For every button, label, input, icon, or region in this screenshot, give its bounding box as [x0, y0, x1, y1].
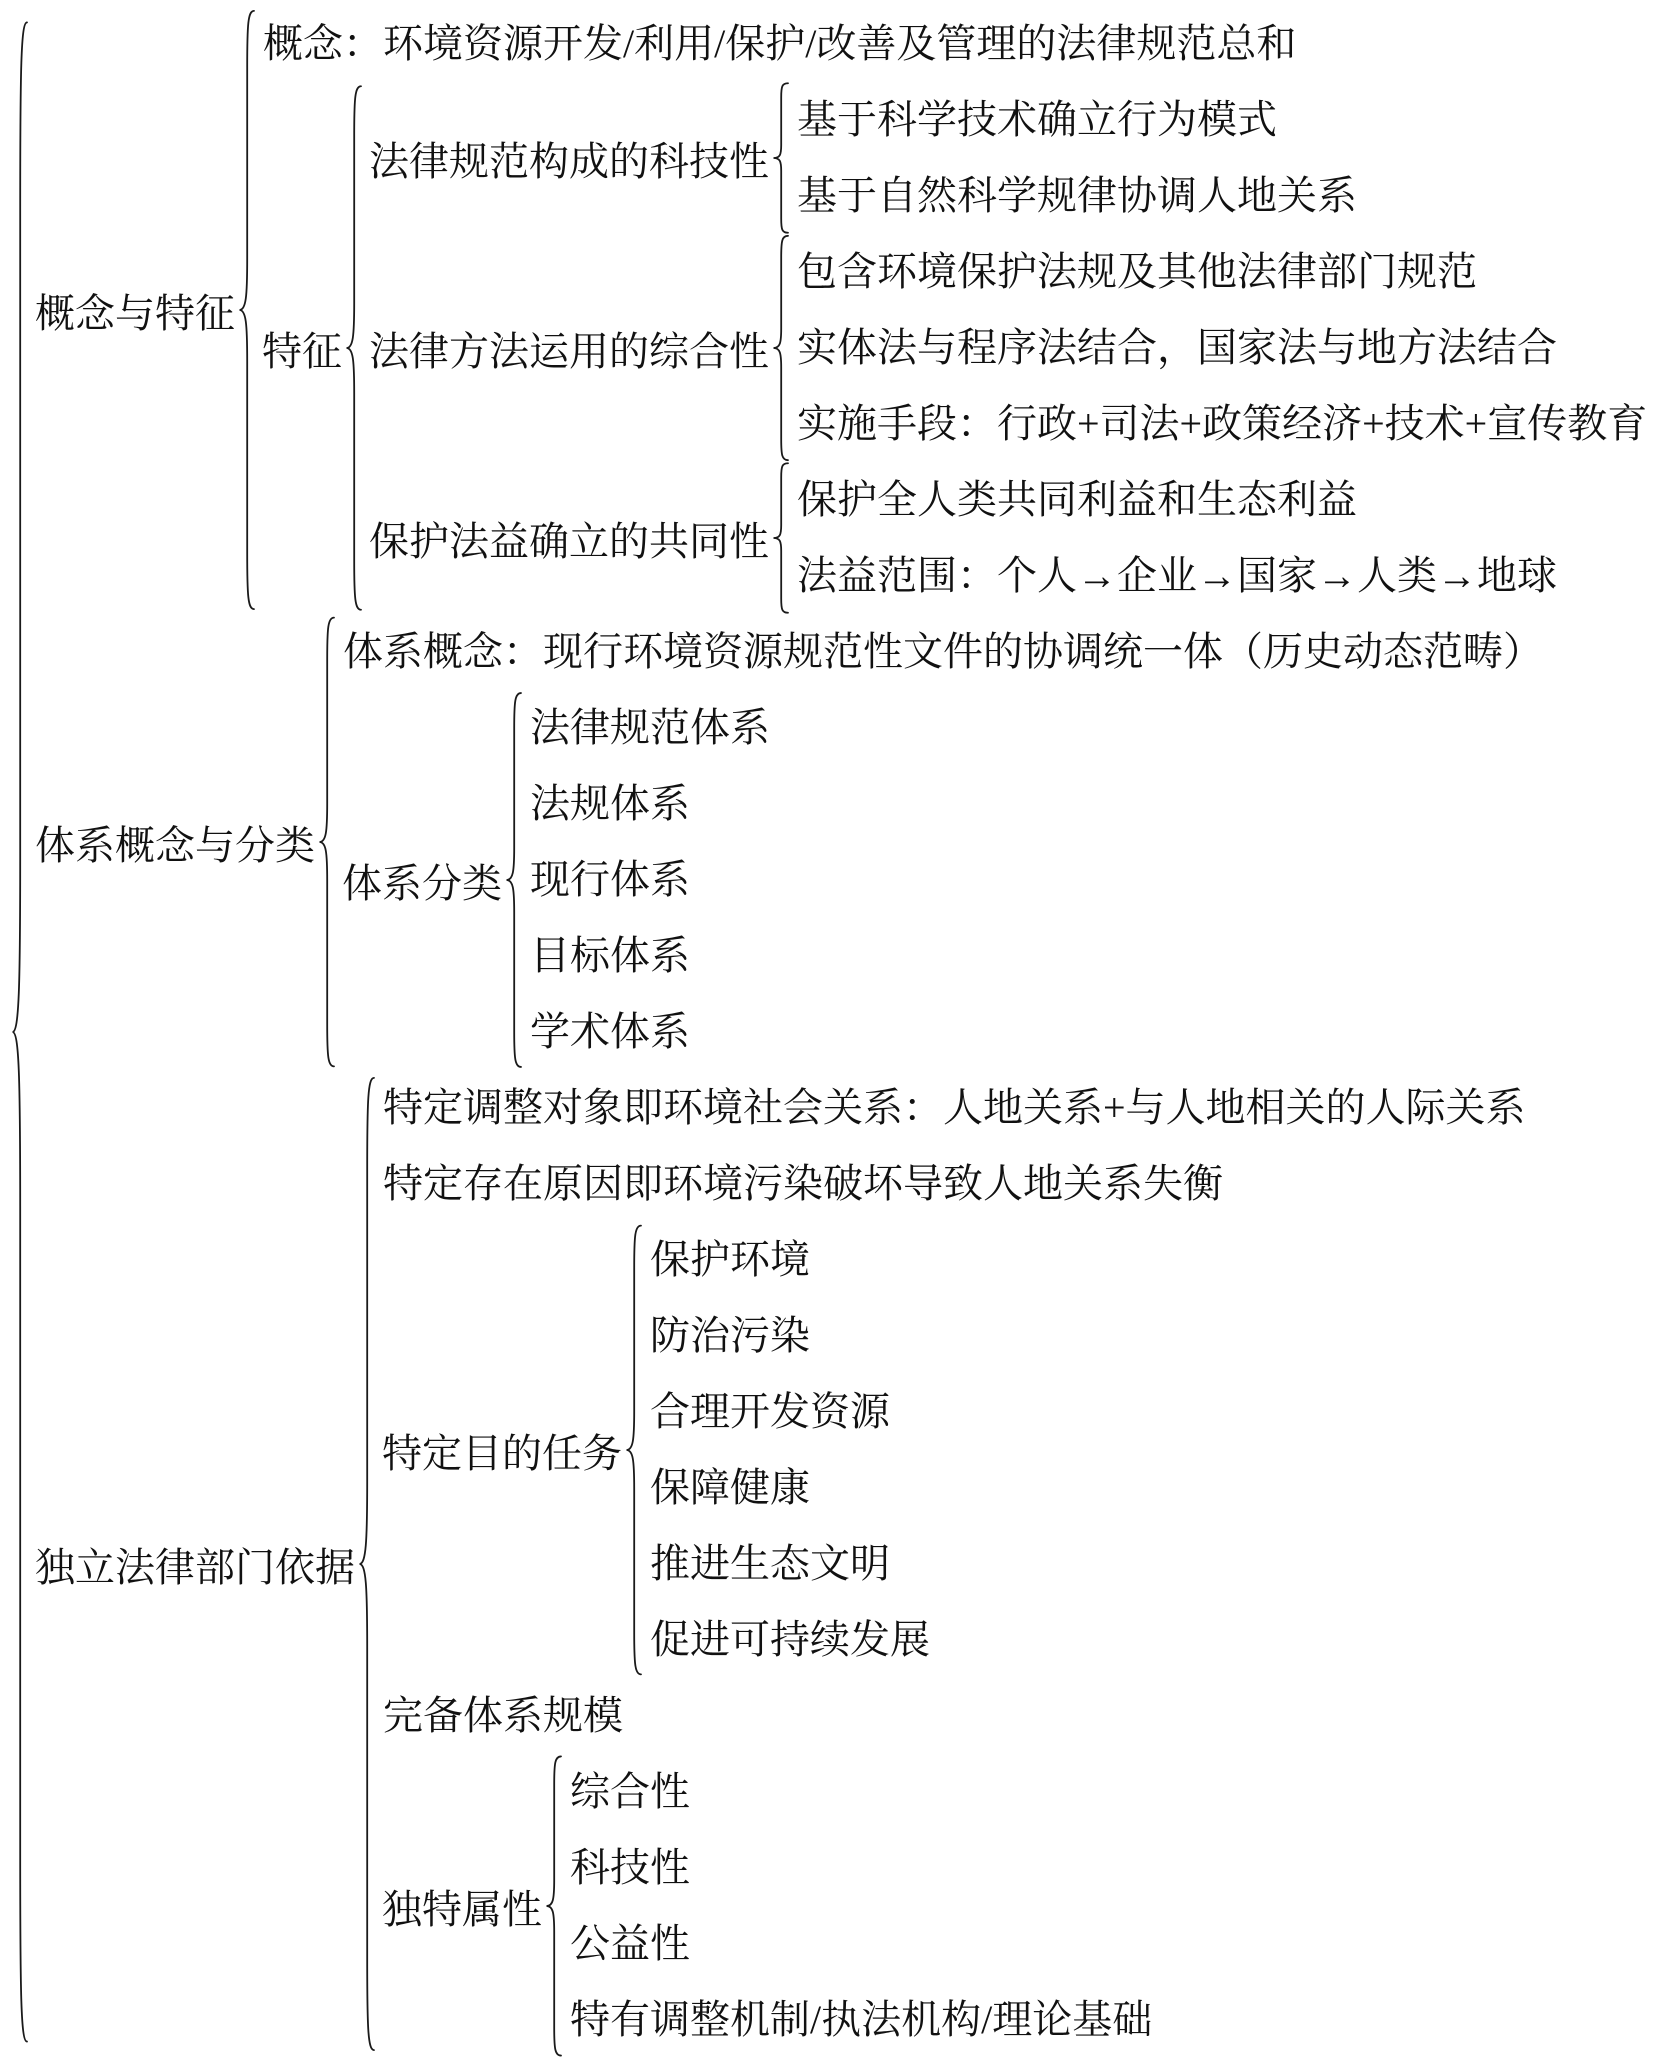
branch-node: 独特属性综合性科技性公益性特有调整机制/执法机构/理论基础 [377, 1754, 1526, 2058]
children-group: 概念：环境资源开发/利用/保护/改善及管理的法律规范总和特征法律规范构成的科技性… [257, 6, 1647, 614]
leaf-label: 保障健康 [644, 1450, 810, 1526]
leaf-node: 概念：环境资源开发/利用/保护/改善及管理的法律规范总和 [257, 6, 1647, 82]
branch-label: 特征 [257, 320, 344, 377]
leaf-node: 保障健康 [644, 1450, 930, 1526]
leaf-label: 法益范围：个人→企业→国家→人类→地球 [791, 538, 1557, 614]
leaf-label: 体系概念：现行环境资源规范性文件的协调统一体（历史动态范畴） [337, 614, 1543, 690]
leaf-label: 基于自然科学规律协调人地关系 [791, 158, 1357, 234]
branch-label: 概念与特征 [30, 282, 237, 339]
leaf-label: 科技性 [564, 1830, 690, 1906]
leaf-label: 保护环境 [644, 1222, 810, 1298]
curly-brace-icon [344, 82, 364, 614]
leaf-node: 目标体系 [524, 918, 770, 994]
leaf-label: 学术体系 [524, 994, 690, 1070]
leaf-node: 基于科学技术确立行为模式 [791, 82, 1357, 158]
children-group: 法律规范体系法规体系现行体系目标体系学术体系 [524, 690, 770, 1070]
leaf-label: 法律规范体系 [524, 690, 770, 766]
leaf-label: 概念：环境资源开发/利用/保护/改善及管理的法律规范总和 [257, 6, 1296, 82]
leaf-label: 基于科学技术确立行为模式 [791, 82, 1277, 158]
branch-node: 法律规范构成的科技性基于科学技术确立行为模式基于自然科学规律协调人地关系 [364, 82, 1647, 234]
leaf-node: 特有调整机制/执法机构/理论基础 [564, 1982, 1152, 2058]
branch-node: 概念与特征概念：环境资源开发/利用/保护/改善及管理的法律规范总和特征法律规范构… [30, 6, 1647, 614]
curly-brace-icon [771, 82, 791, 234]
leaf-label: 目标体系 [524, 918, 690, 994]
curly-brace-icon [771, 234, 791, 462]
leaf-node: 保护全人类共同利益和生态利益 [791, 462, 1557, 538]
branch-node: 体系概念与分类体系概念：现行环境资源规范性文件的协调统一体（历史动态范畴）体系分… [30, 614, 1647, 1070]
curly-brace-icon [317, 614, 337, 1070]
leaf-label: 特定存在原因即环境污染破坏导致人地关系失衡 [377, 1146, 1223, 1222]
leaf-node: 现行体系 [524, 842, 770, 918]
children-group: 特定调整对象即环境社会关系：人地关系+与人地相关的人际关系特定存在原因即环境污染… [377, 1070, 1526, 2058]
branch-node: 独立法律部门依据特定调整对象即环境社会关系：人地关系+与人地相关的人际关系特定存… [30, 1070, 1647, 2058]
leaf-node: 公益性 [564, 1906, 1152, 1982]
leaf-label: 完备体系规模 [377, 1678, 623, 1754]
curly-brace-icon [544, 1754, 564, 2058]
branch-node: 法律方法运用的综合性包含环境保护法规及其他法律部门规范实体法与程序法结合，国家法… [364, 234, 1647, 462]
leaf-label: 推进生态文明 [644, 1526, 890, 1602]
branch-node: 特征法律规范构成的科技性基于科学技术确立行为模式基于自然科学规律协调人地关系法律… [257, 82, 1647, 614]
leaf-node: 科技性 [564, 1830, 1152, 1906]
children-group: 概念与特征概念：环境资源开发/利用/保护/改善及管理的法律规范总和特征法律规范构… [30, 6, 1647, 2058]
leaf-node: 基于自然科学规律协调人地关系 [791, 158, 1357, 234]
leaf-label: 特有调整机制/执法机构/理论基础 [564, 1982, 1152, 2058]
leaf-label: 综合性 [564, 1754, 690, 1830]
leaf-label: 合理开发资源 [644, 1374, 890, 1450]
leaf-node: 实体法与程序法结合，国家法与地方法结合 [791, 310, 1647, 386]
children-group: 法律规范构成的科技性基于科学技术确立行为模式基于自然科学规律协调人地关系法律方法… [364, 82, 1647, 614]
curly-brace-icon [357, 1070, 377, 2058]
leaf-node: 特定存在原因即环境污染破坏导致人地关系失衡 [377, 1146, 1526, 1222]
children-group: 包含环境保护法规及其他法律部门规范实体法与程序法结合，国家法与地方法结合实施手段… [791, 234, 1647, 462]
branch-node: 概念与特征概念：环境资源开发/利用/保护/改善及管理的法律规范总和特征法律规范构… [10, 6, 1647, 2058]
branch-label: 独特属性 [377, 1878, 544, 1935]
leaf-node: 保护环境 [644, 1222, 930, 1298]
branch-node: 体系分类法律规范体系法规体系现行体系目标体系学术体系 [337, 690, 1543, 1070]
leaf-node: 完备体系规模 [377, 1678, 1526, 1754]
curly-brace-icon [10, 6, 30, 2058]
branch-label: 独立法律部门依据 [30, 1536, 357, 1593]
curly-brace-icon [624, 1222, 644, 1678]
leaf-node: 促进可持续发展 [644, 1602, 930, 1678]
branch-label: 法律规范构成的科技性 [364, 130, 771, 187]
leaf-label: 防治污染 [644, 1298, 810, 1374]
leaf-label: 特定调整对象即环境社会关系：人地关系+与人地相关的人际关系 [377, 1070, 1526, 1146]
leaf-node: 防治污染 [644, 1298, 930, 1374]
children-group: 保护全人类共同利益和生态利益法益范围：个人→企业→国家→人类→地球 [791, 462, 1557, 614]
leaf-node: 实施手段：行政+司法+政策经济+技术+宣传教育 [791, 386, 1647, 462]
leaf-node: 包含环境保护法规及其他法律部门规范 [791, 234, 1647, 310]
leaf-node: 综合性 [564, 1754, 1152, 1830]
branch-label: 保护法益确立的共同性 [364, 510, 771, 567]
leaf-node: 合理开发资源 [644, 1374, 930, 1450]
leaf-label: 实施手段：行政+司法+政策经济+技术+宣传教育 [791, 386, 1647, 462]
leaf-node: 法律规范体系 [524, 690, 770, 766]
leaf-node: 法规体系 [524, 766, 770, 842]
branch-label: 体系概念与分类 [30, 814, 317, 871]
branch-label: 特定目的任务 [377, 1422, 624, 1479]
leaf-node: 法益范围：个人→企业→国家→人类→地球 [791, 538, 1557, 614]
branch-node: 特定目的任务保护环境防治污染合理开发资源保障健康推进生态文明促进可持续发展 [377, 1222, 1526, 1678]
children-group: 保护环境防治污染合理开发资源保障健康推进生态文明促进可持续发展 [644, 1222, 930, 1678]
leaf-label: 保护全人类共同利益和生态利益 [791, 462, 1357, 538]
children-group: 基于科学技术确立行为模式基于自然科学规律协调人地关系 [791, 82, 1357, 234]
leaf-label: 公益性 [564, 1906, 690, 1982]
leaf-label: 促进可持续发展 [644, 1602, 930, 1678]
leaf-node: 学术体系 [524, 994, 770, 1070]
leaf-label: 现行体系 [524, 842, 690, 918]
children-group: 综合性科技性公益性特有调整机制/执法机构/理论基础 [564, 1754, 1152, 2058]
bracket-diagram: 概念与特征概念：环境资源开发/利用/保护/改善及管理的法律规范总和特征法律规范构… [10, 6, 1676, 2058]
leaf-label: 包含环境保护法规及其他法律部门规范 [791, 234, 1477, 310]
branch-label: 体系分类 [337, 852, 504, 909]
branch-label: 法律方法运用的综合性 [364, 320, 771, 377]
leaf-node: 体系概念：现行环境资源规范性文件的协调统一体（历史动态范畴） [337, 614, 1543, 690]
leaf-node: 推进生态文明 [644, 1526, 930, 1602]
leaf-node: 特定调整对象即环境社会关系：人地关系+与人地相关的人际关系 [377, 1070, 1526, 1146]
branch-node: 保护法益确立的共同性保护全人类共同利益和生态利益法益范围：个人→企业→国家→人类… [364, 462, 1647, 614]
leaf-label: 实体法与程序法结合，国家法与地方法结合 [791, 310, 1557, 386]
curly-brace-icon [237, 6, 257, 614]
curly-brace-icon [504, 690, 524, 1070]
curly-brace-icon [771, 462, 791, 614]
leaf-label: 法规体系 [524, 766, 690, 842]
children-group: 体系概念：现行环境资源规范性文件的协调统一体（历史动态范畴）体系分类法律规范体系… [337, 614, 1543, 1070]
